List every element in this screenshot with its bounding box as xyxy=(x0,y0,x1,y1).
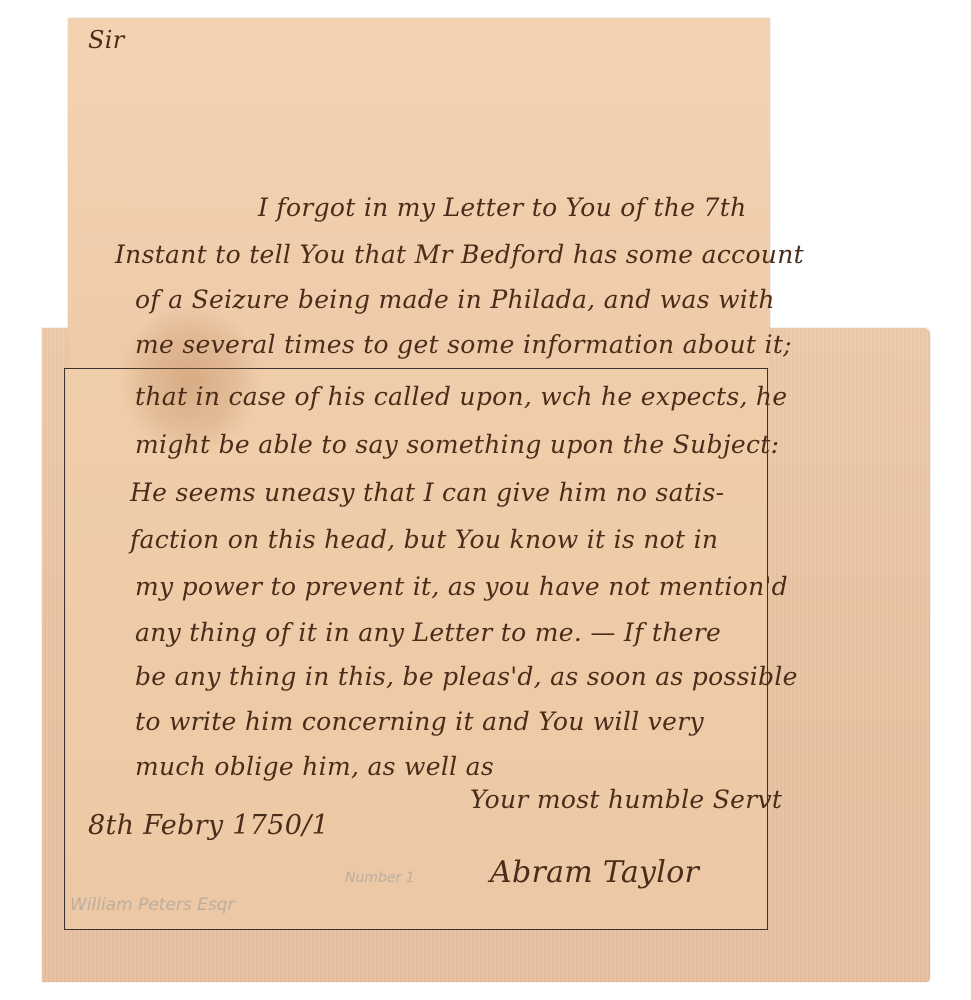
body-line-11: be any thing in this, be pleas'd, as soo… xyxy=(135,662,798,691)
pencil-note-recipient: William Peters Esqr xyxy=(70,895,235,915)
body-line-5: that in case of his called upon, wch he … xyxy=(135,382,787,411)
body-line-10: any thing of it in any Letter to me. — I… xyxy=(135,618,721,647)
body-line-8: faction on this head, but You know it is… xyxy=(130,525,718,554)
body-line-1: I forgot in my Letter to You of the 7th xyxy=(258,193,747,222)
body-line-3: of a Seizure being made in Philada, and … xyxy=(135,285,775,314)
body-line-9: my power to prevent it, as you have not … xyxy=(135,572,788,601)
body-line-7: He seems uneasy that I can give him no s… xyxy=(130,478,724,507)
body-line-4: me several times to get some information… xyxy=(135,330,792,359)
signature: Abram Taylor xyxy=(490,855,699,890)
body-line-2: Instant to tell You that Mr Bedford has … xyxy=(115,240,804,269)
letter-date: 8th Febry 1750/1 xyxy=(88,810,329,841)
pencil-note-number: Number 1 xyxy=(345,870,415,886)
salutation: Sir xyxy=(88,26,125,54)
closing: Your most humble Servt xyxy=(470,785,782,814)
body-line-12: to write him concerning it and You will … xyxy=(135,707,704,736)
body-line-13: much oblige him, as well as xyxy=(135,752,494,781)
body-line-6: might be able to say something upon the … xyxy=(135,430,779,459)
